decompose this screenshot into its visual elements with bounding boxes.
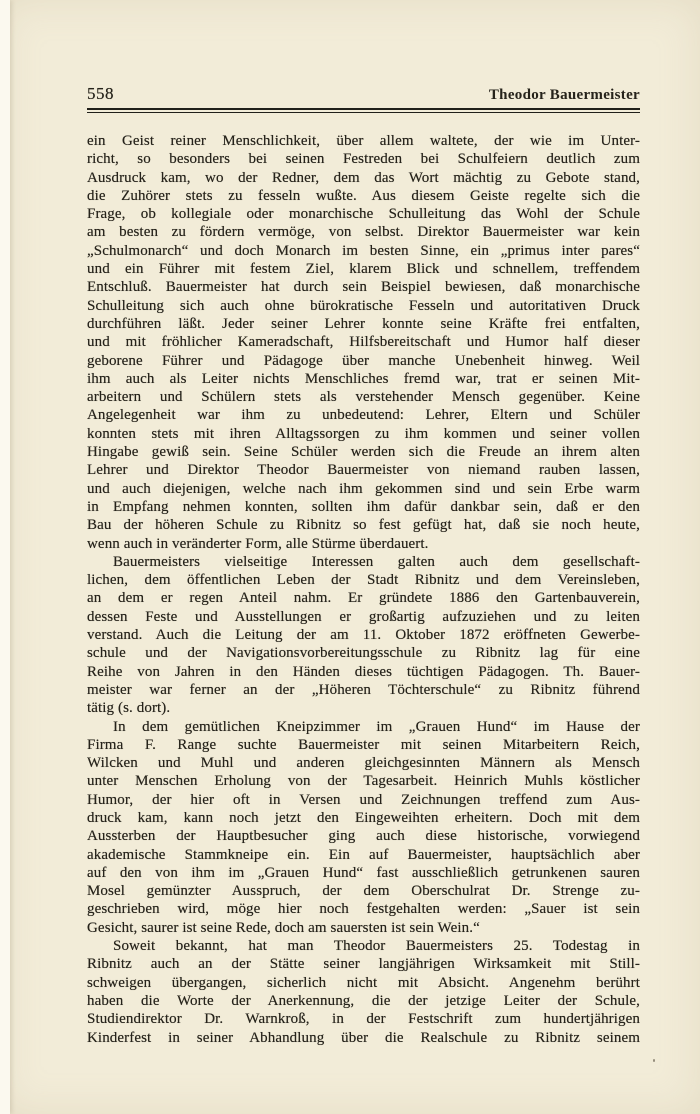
text-line: Lehrer und Direktor Theodor Bauermeister… — [87, 461, 640, 479]
text-line: verstand. Auch die Leitung der am 11. Ok… — [87, 626, 640, 644]
text-line: Aussterben der Hauptbesucher ging auch d… — [87, 827, 640, 845]
text-line: Bau der höheren Schule zu Ribnitz so fes… — [87, 516, 640, 534]
header-rule — [87, 108, 640, 113]
text-line: die Zuhörer stets zu fesseln wußte. Aus … — [87, 187, 640, 205]
text-line: Ribnitz auch an der Stätte seiner langjä… — [87, 955, 640, 973]
book-page: 558 Theodor Bauermeister ein Geist reine… — [0, 0, 700, 1114]
text-line: Gesicht, saurer ist seine Rede, doch am … — [87, 919, 640, 937]
text-line: lichen, dem öffentlichen Leben der Stadt… — [87, 571, 640, 589]
text-line: Firma F. Range suchte Bauermeister mit s… — [87, 736, 640, 754]
text-line: Reihe von Jahren in den Händen dieses tü… — [87, 663, 640, 681]
text-line: Angelegenheit war ihm zu unbedeutend: Le… — [87, 406, 640, 424]
text-line: und ein Führer mit festem Ziel, klarem B… — [87, 260, 640, 278]
running-title: Theodor Bauermeister — [489, 85, 640, 105]
paragraph: ein Geist reiner Menschlichkeit, über al… — [87, 132, 640, 553]
page-content: 558 Theodor Bauermeister ein Geist reine… — [87, 84, 640, 1047]
text-line: in Empfang nehmen konnten, sollten ihm d… — [87, 498, 640, 516]
page-header: 558 Theodor Bauermeister — [87, 84, 640, 105]
text-line: richt, so besonders bei seinen Festreden… — [87, 150, 640, 168]
text-line: geschrieben wird, möge hier noch festgeh… — [87, 900, 640, 918]
text-line: durchführen läßt. Jeder seiner Lehrer ko… — [87, 315, 640, 333]
text-line: Frage, ob kollegiale oder monarchische S… — [87, 205, 640, 223]
text-line: wenn auch in veränderter Form, alle Stür… — [87, 535, 640, 553]
text-line: und auch diejenigen, welche nach ihm gek… — [87, 480, 640, 498]
text-line: und mit fröhlicher Kameradschaft, Hilfsb… — [87, 333, 640, 351]
text-line: geborene Führer und Pädagoge über manche… — [87, 352, 640, 370]
paragraph: Bauermeisters vielseitige Interessen gal… — [87, 553, 640, 718]
text-line: Bauermeisters vielseitige Interessen gal… — [87, 553, 640, 571]
text-line: Studiendirektor Dr. Warnkroß, in der Fes… — [87, 1010, 640, 1028]
text-line: schweigen übergangen, sicherlich nicht m… — [87, 974, 640, 992]
paragraph: Soweit bekannt, hat man Theodor Bauermei… — [87, 937, 640, 1047]
text-line: Schulleitung sich auch ohne bürokratisch… — [87, 297, 640, 315]
text-line: akademische Stammkneipe ein. Ein auf Bau… — [87, 846, 640, 864]
text-line: auf den von ihm im „Grauen Hund“ fast au… — [87, 864, 640, 882]
text-line: haben die Worte der Anerkennung, die der… — [87, 992, 640, 1010]
text-line: Humor, der hier oft in Versen und Zeichn… — [87, 791, 640, 809]
text-line: ein Geist reiner Menschlichkeit, über al… — [87, 132, 640, 150]
text-line: druck kam, kann noch jetzt den Eingeweih… — [87, 809, 640, 827]
scan-edge — [0, 0, 10, 1114]
text-line: ihm auch als Leiter nichts Menschliches … — [87, 370, 640, 388]
text-line: meister war ferner an der „Höheren Töcht… — [87, 681, 640, 699]
text-line: am besten zu fördern vermöge, von selbst… — [87, 223, 640, 241]
text-line: Hingabe gewiß sein. Seine Schüler werden… — [87, 443, 640, 461]
text-line: dessen Feste und Ausstellungen er großar… — [87, 608, 640, 626]
text-line: unter Menschen Erholung von der Tagesarb… — [87, 772, 640, 790]
text-line: konnten stets mit ihren Alltagssorgen zu… — [87, 425, 640, 443]
text-line: Ausdruck kam, wo der Redner, dem das Wor… — [87, 169, 640, 187]
text-line: arbeitern und Schülern stets als versteh… — [87, 388, 640, 406]
text-line: Soweit bekannt, hat man Theodor Bauermei… — [87, 937, 640, 955]
text-line: tätig (s. dort). — [87, 699, 640, 717]
text-line: Mosel gemünzter Ausspruch, der dem Obers… — [87, 882, 640, 900]
paragraph: In dem gemütlichen Kneipzimmer im „Graue… — [87, 718, 640, 938]
text-line: Wilcken und Muhl und anderen gleichgesin… — [87, 754, 640, 772]
text-line: Kinderfest in seiner Abhandlung über die… — [87, 1029, 640, 1047]
text-line: an dem er regen Anteil nahm. Er gründete… — [87, 589, 640, 607]
page-number: 558 — [87, 84, 114, 104]
page-body: ein Geist reiner Menschlichkeit, über al… — [87, 132, 640, 1047]
text-line: schule und der Navigationsvorbereitungss… — [87, 644, 640, 662]
text-line: In dem gemütlichen Kneipzimmer im „Graue… — [87, 718, 640, 736]
text-line: Entschluß. Bauermeister hat durch sein B… — [87, 278, 640, 296]
scan-speck — [653, 1059, 655, 1062]
text-line: „Schulmonarch“ und doch Monarch im beste… — [87, 242, 640, 260]
